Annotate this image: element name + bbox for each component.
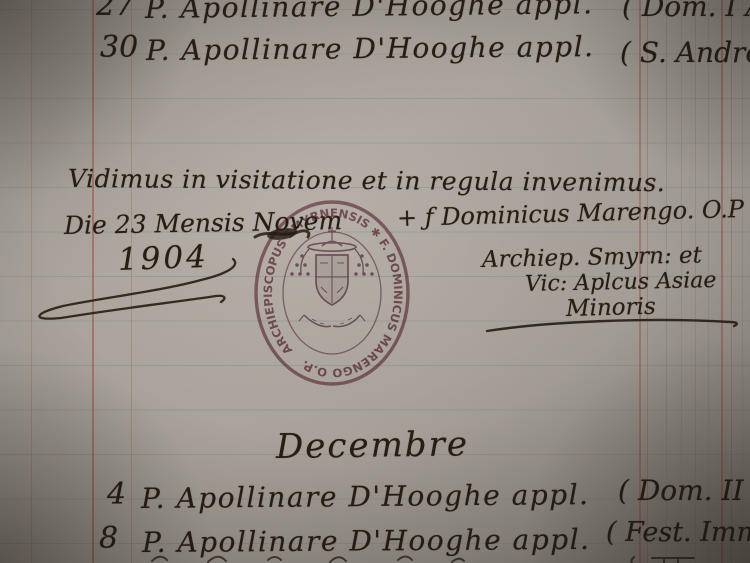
visitation-note: Vidimus in visitatione et in regula inve… bbox=[68, 164, 665, 197]
entry-remark-nov30: ( S. Andre bbox=[620, 36, 750, 69]
entry-text-dec8: P. Apollinare D'Hooghe appl. bbox=[142, 523, 591, 559]
signature-underline bbox=[487, 320, 737, 331]
visitation-year: 1904 bbox=[117, 239, 209, 278]
entry-text-dec4: P. Apollinare D'Hooghe appl. bbox=[141, 478, 590, 515]
entry-day-dec4: 4 bbox=[107, 477, 126, 512]
signature-minoris-line: Minoris bbox=[566, 294, 656, 322]
entry-remark-nov27: ( Dom. I A bbox=[622, 0, 750, 23]
visitation-date-line: Die 23 Mensis Novem bbox=[64, 206, 343, 240]
entry-day-dec8: 8 bbox=[99, 521, 118, 556]
entry-remark-dec4: ( Dom. II bbox=[618, 474, 744, 507]
entry-day-nov30: 30 bbox=[100, 30, 138, 65]
entry-text-nov30: P. Apollinare D'Hooghe appl. bbox=[146, 30, 595, 67]
signature-vicariate-line: Vic: Aplcus Asiae bbox=[525, 268, 717, 297]
month-heading: Decembre bbox=[276, 424, 469, 467]
entry-day-nov27: 27 bbox=[96, 0, 134, 23]
entry-remark-dec8: ( Fest. Imm bbox=[606, 517, 750, 548]
ledger-page-photo: ARCHIEPISCOPUS SMYRNENSIS ✱ F. DOMINICUS… bbox=[0, 0, 750, 563]
